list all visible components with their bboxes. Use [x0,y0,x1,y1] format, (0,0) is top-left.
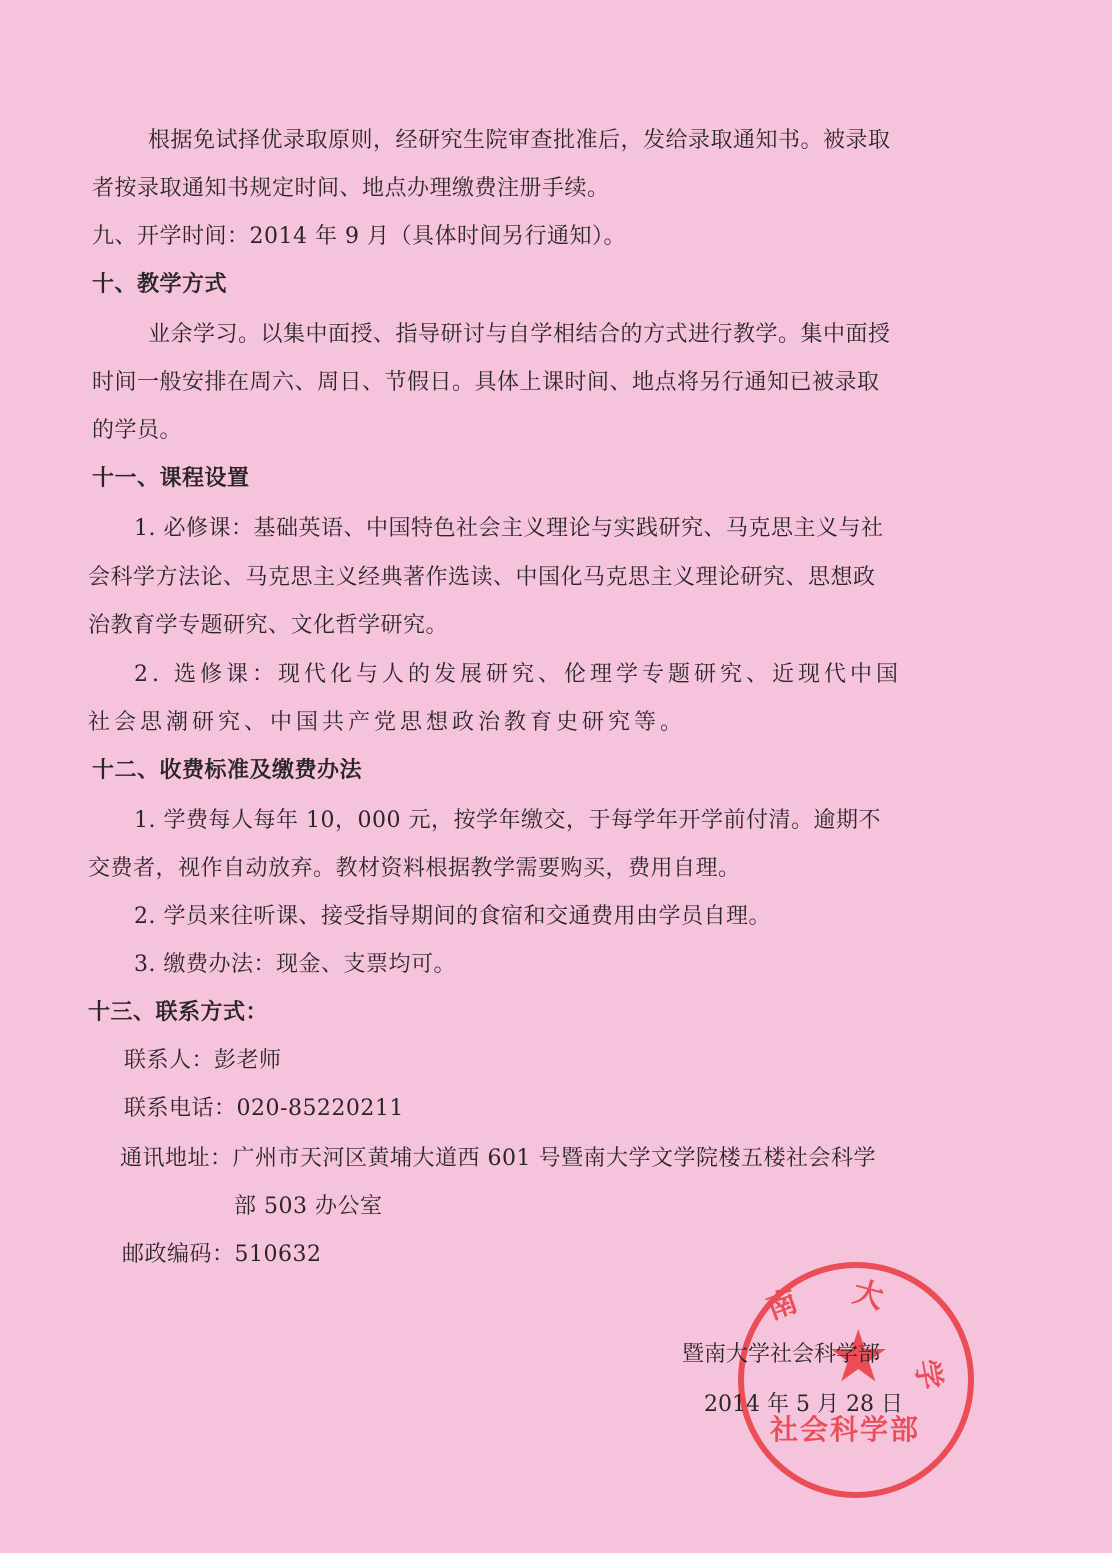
paragraph-fees-4: 3. 缴费办法：现金、支票均可。 [134,950,456,980]
contact-postcode-value: 510632 [235,1242,322,1267]
paragraph-admission-cont: 者按录取通知书规定时间、地点办理缴费注册手续。 [92,174,610,204]
contact-phone: 联系电话：020-85220211 [124,1094,404,1124]
section-heading-courses: 十一、课程设置 [92,464,250,494]
paragraph-required-courses-1: 1. 必修课：基础英语、中国特色社会主义理论与实践研究、马克思主义与社 [134,514,884,544]
document-page: 根据免试择优录取原则，经研究生院审查批准后，发给录取通知书。被录取 者按录取通知… [0,0,1112,1553]
stamp-text-side: 学 [907,1355,956,1392]
paragraph-teaching-2: 时间一般安排在周六、周日、节假日。具体上课时间、地点将另行通知已被录取 [92,368,880,398]
paragraph-elective-courses-2: 社会思潮研究、中国共产党思想政治教育史研究等。 [88,708,686,738]
contact-phone-value: 020-85220211 [237,1096,404,1121]
stamp-text-top-1: 南 [759,1276,802,1328]
section-heading-fees: 十二、收费标准及缴费办法 [92,756,362,786]
paragraph-teaching-3: 的学员。 [92,416,182,446]
contact-address: 通讯地址：广州市天河区黄埔大道西 601 号暨南大学文学院楼五楼社会科学 [120,1144,876,1174]
section-heading-teaching-method: 十、教学方式 [92,270,227,300]
contact-phone-label: 联系电话： [124,1096,237,1121]
contact-address-label: 通讯地址： [120,1146,233,1171]
section-start-date-text: 九、开学时间：2014 年 9 月（具体时间另行通知）。 [92,224,626,249]
paragraph-fees-2: 交费者，视作自动放弃。教材资料根据教学需要购买，费用自理。 [88,854,741,884]
paragraph-required-courses-3: 治教育学专题研究、文化哲学研究。 [88,611,448,641]
contact-address-line1: 广州市天河区黄埔大道西 601 号暨南大学文学院楼五楼社会科学 [233,1146,876,1171]
paragraph-required-courses-2: 会科学方法论、马克思主义经典著作选读、中国化马克思主义理论研究、思想政 [88,563,876,593]
contact-address-line2: 部 503 办公室 [234,1192,382,1222]
contact-person-label: 联系人： [124,1048,214,1073]
official-seal-stamp: ★ 南 大 学 社会科学部 [738,1262,974,1498]
contact-postcode: 邮政编码：510632 [122,1240,322,1270]
contact-postcode-label: 邮政编码： [122,1242,235,1267]
contact-person: 联系人：彭老师 [124,1046,282,1076]
section-start-date: 九、开学时间：2014 年 9 月（具体时间另行通知）。 [92,222,626,252]
signature-organization: 暨南大学社会科学部 [682,1340,880,1370]
paragraph-elective-courses-1: 2. 选修课：现代化与人的发展研究、伦理学专题研究、近现代中国 [134,660,902,690]
paragraph-fees-1: 1. 学费每人每年 10，000 元，按学年缴交，于每学年开学前付清。逾期不 [134,806,881,836]
paragraph-teaching-1: 业余学习。以集中面授、指导研讨与自学相结合的方式进行教学。集中面授 [148,320,891,350]
signature-date: 2014 年 5 月 28 日 [704,1390,903,1420]
contact-person-value: 彭老师 [214,1048,282,1073]
paragraph-admission: 根据免试择优录取原则，经研究生院审查批准后，发给录取通知书。被录取 [148,126,891,156]
section-heading-contact: 十三、联系方式： [88,998,268,1028]
paragraph-fees-3: 2. 学员来往听课、接受指导期间的食宿和交通费用由学员自理。 [134,902,771,932]
stamp-text-top-2: 大 [849,1267,889,1317]
